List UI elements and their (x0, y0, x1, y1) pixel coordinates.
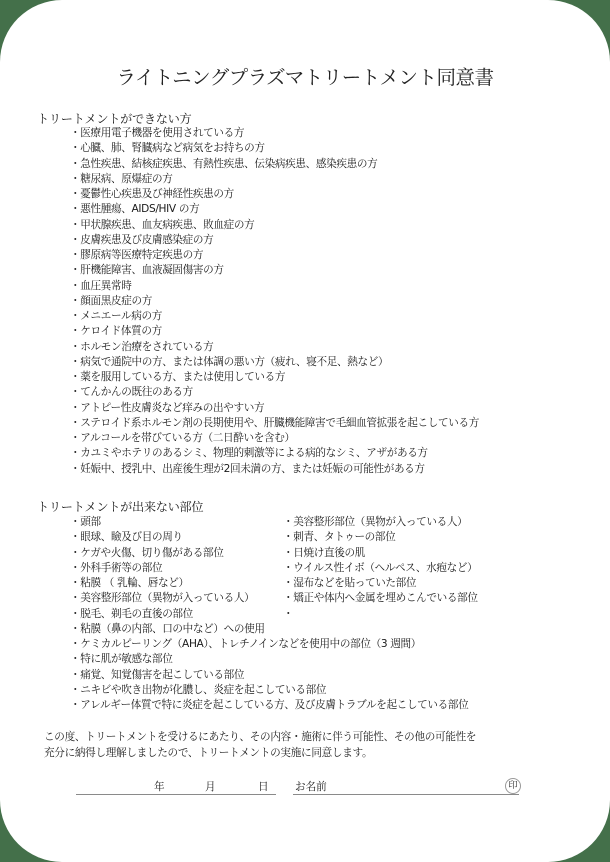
consent-line-1: この度、トリートメントを受けるにあたり、その内容・施術に伴う可能性、その他の可能… (44, 730, 476, 746)
list-item: ・皮膚疾患及び皮膚感染症の方 (70, 233, 479, 248)
list-item: ・膠原病等医療特定疾患の方 (70, 248, 479, 263)
list-item: ・糖尿病、原爆症の方 (70, 172, 479, 187)
name-label: お名前 (295, 779, 327, 794)
list-item: ・急性疾患、結核症疾患、有熱性疾患、伝染病疾患、感染疾患の方 (70, 157, 479, 172)
month-label: 月 (205, 779, 216, 794)
list-item: ・妊娠中、授乳中、出産後生理が2回未満の方、または妊娠の可能性がある方 (70, 462, 479, 477)
document-title: ライトニングプラズマトリートメント同意書 (0, 62, 610, 90)
list-item: ・病気で通院中の方、または体調の悪い方（疲れ、寝不足、熱など） (70, 355, 479, 370)
list-item: ・ (283, 607, 478, 622)
list-item: ・憂鬱性心疾患及び神経性疾患の方 (70, 187, 479, 202)
list-item: ・ステロイド系ホルモン剤の長期使用や、肝臓機能障害で毛細血管拡張を起こしている方 (70, 416, 479, 431)
list-item: ・心臓、肺、腎臓病など病気をお持ちの方 (70, 141, 479, 156)
list-item: ・甲状腺疾患、血友病疾患、敗血症の方 (70, 218, 479, 233)
list-item: ・てんかんの既往のある方 (70, 385, 479, 400)
list-item: ・医療用電子機器を使用されている方 (70, 126, 479, 141)
name-signature-line[interactable] (293, 794, 519, 795)
list-item: ・悪性腫瘍、AIDS/HIV の方 (70, 202, 479, 217)
list-item: ・ケミカルピーリング（AHA）、トレチノインなどを使用中の部位（3 週間） (70, 637, 468, 652)
list-item: ・メニエール病の方 (70, 309, 479, 324)
list-item: ・粘膜（鼻の内部、口の中など）への使用 (70, 622, 468, 637)
list-item: ・湿布などを貼っていた部位 (283, 576, 478, 591)
list-item: ・刺青、タトゥーの部位 (283, 530, 478, 545)
list-item: ・アトピー性皮膚炎など痒みの出やすい方 (70, 401, 479, 416)
consent-form-page: ライトニングプラズマトリートメント同意書 トリートメントができない方 ・医療用電… (0, 0, 610, 862)
list-item: ・アレルギー体質で特に炎症を起こしている方、及び皮膚トラブルを起こしている部位 (70, 698, 468, 713)
list-item: ・日焼け直後の肌 (283, 546, 478, 561)
section-heading-contraindicated-persons: トリートメントができない方 (37, 110, 191, 127)
list-item: ・ケロイド体質の方 (70, 324, 479, 339)
list-item: ・カユミやホテリのあるシミ、物理的刺激等による病的なシミ、アザがある方 (70, 446, 479, 461)
consent-statement: この度、トリートメントを受けるにあたり、その内容・施術に伴う可能性、その他の可能… (44, 730, 476, 761)
list-item: ・顔面黒皮症の方 (70, 294, 479, 309)
list-item: ・ホルモン治療をされている方 (70, 340, 479, 355)
consent-line-2: 充分に納得し理解しましたので、トリートメントの実施に同意します。 (44, 746, 476, 762)
list-item: ・ウイルス性イボ（ヘルペス、水疱など） (283, 561, 478, 576)
list-item: ・薬を服用している方、または使用している方 (70, 370, 479, 385)
list-item: ・ニキビや吹き出物が化膿し、炎症を起こしている部位 (70, 683, 468, 698)
list-item: ・肝機能障害、血液凝固傷害の方 (70, 263, 479, 278)
seal-stamp-icon: 印 (505, 778, 521, 794)
section-heading-contraindicated-areas: トリートメントが出来ない部位 (37, 498, 203, 515)
year-label: 年 (154, 779, 165, 794)
date-signature-line[interactable] (76, 794, 276, 795)
list-item: ・美容整形部位（異物が入っている人） (283, 515, 478, 530)
list-item: ・血圧異常時 (70, 279, 479, 294)
contraindicated-persons-list: ・医療用電子機器を使用されている方・心臓、肺、腎臓病など病気をお持ちの方・急性疾… (70, 126, 479, 477)
contraindicated-areas-list-right: ・美容整形部位（異物が入っている人）・刺青、タトゥーの部位・日焼け直後の肌・ウイ… (283, 515, 478, 622)
list-item: ・痛覚、知覚傷害を起こしている部位 (70, 668, 468, 683)
list-item: ・矯正や体内へ金属を埋めこんでいる部位 (283, 591, 478, 606)
list-item: ・特に肌が敏感な部位 (70, 652, 468, 667)
list-item: ・アルコールを帯びている方（二日酔いを含む） (70, 431, 479, 446)
day-label: 日 (258, 779, 269, 794)
